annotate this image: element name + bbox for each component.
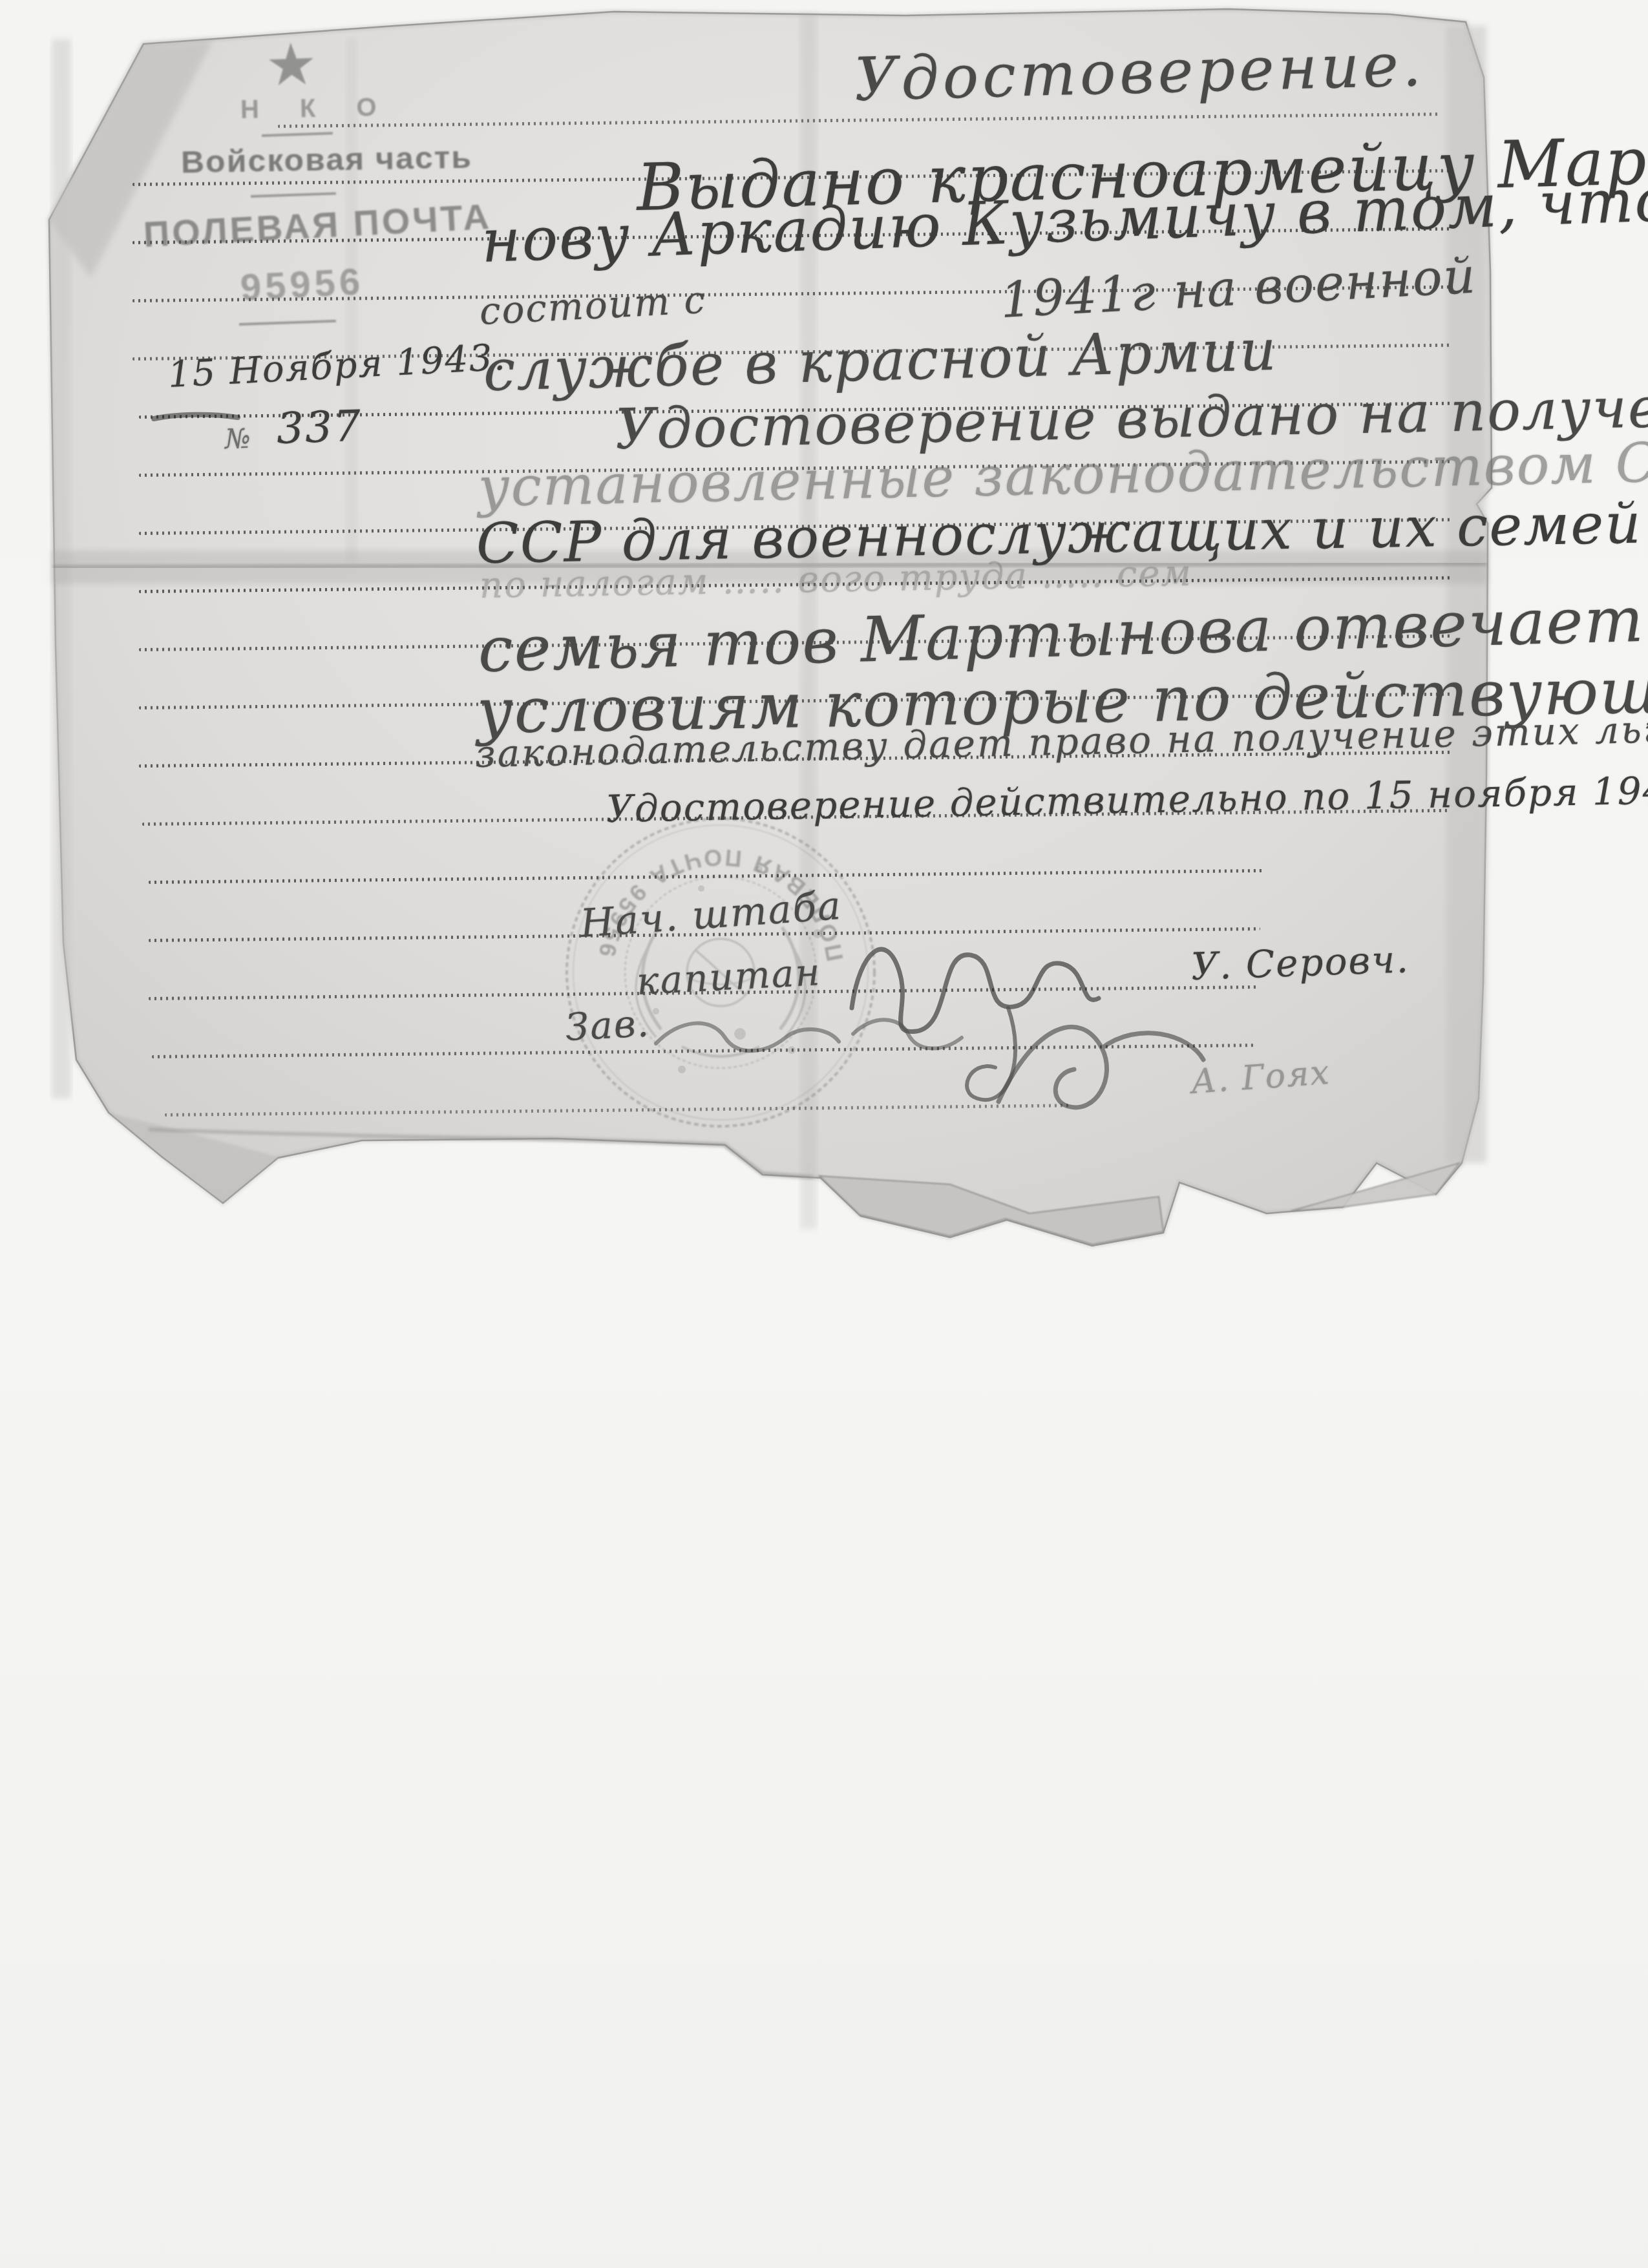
stamp-post-number: 95956 <box>239 260 365 310</box>
document-number: 337 <box>276 401 363 454</box>
scanned-certificate: ПОЛЕВАЯ ПОЧТА 95956 <box>0 0 1648 2268</box>
stamp-unit-line: Войсковая часть <box>181 140 473 180</box>
signer-name-1: У. Серовч. <box>1190 937 1410 989</box>
number-sign: № <box>224 423 252 455</box>
stamp-org-abbr: Н К О <box>240 93 394 125</box>
signer-role-2: Зав. <box>564 1001 651 1049</box>
star-icon: ★ <box>267 34 315 96</box>
